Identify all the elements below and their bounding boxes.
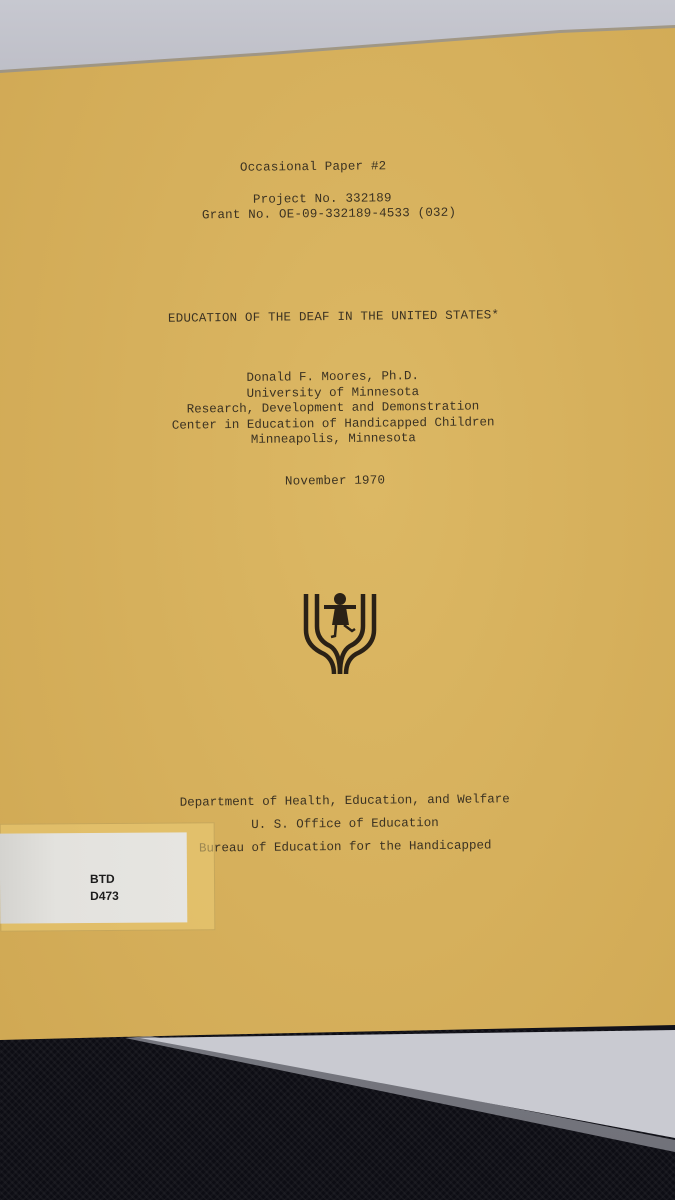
grant-number: Grant No. OE-09-332189-4533 (032) xyxy=(202,206,456,223)
call-number-line2: D473 xyxy=(90,888,119,905)
agency-block: Department of Health, Education, and Wel… xyxy=(170,788,521,861)
publication-date: November 1970 xyxy=(285,473,385,488)
agency-department: Department of Health, Education, and Wel… xyxy=(170,788,520,815)
series-label: Occasional Paper #2 xyxy=(240,159,386,175)
child-figure-emblem-icon xyxy=(300,588,380,676)
call-number-line1: BTD xyxy=(90,871,119,888)
project-number: Project No. 332189 xyxy=(253,191,392,206)
agency-bureau: Bureau of Education for the Handicapped xyxy=(170,834,520,861)
library-call-number-label: BTD D473 xyxy=(0,832,187,923)
photo-scene: Occasional Paper #2 Project No. 332189 G… xyxy=(0,0,675,1200)
author-block: Donald F. Moores, Ph.D. University of Mi… xyxy=(168,368,499,449)
